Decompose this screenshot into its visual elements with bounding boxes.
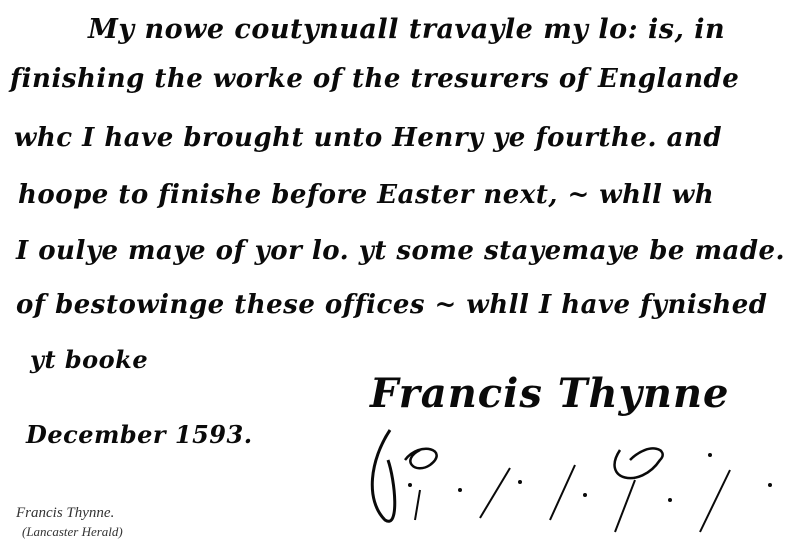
letter-line-6: of bestowinge these offices ~ whll I hav… (16, 290, 768, 320)
letter-date: December 1593. (26, 420, 253, 449)
letter-line-5: I oulye maye of yor lo. yt some stayemay… (16, 236, 785, 266)
letter-page: My nowe coutynuall travayle my lo: is, i… (0, 0, 800, 556)
signature: Francis Thynne (370, 370, 729, 417)
letter-line-3: whc I have brought unto Henry ye fourthe… (14, 123, 722, 153)
letter-line-2: finishing the worke of the tresurers of … (10, 64, 739, 94)
signature-flourish-icon (360, 420, 780, 540)
letter-line-7: yt booke (30, 345, 148, 374)
letter-line-1: My nowe coutynuall travayle my lo: is, i… (88, 14, 725, 45)
letter-line-4: hoope to finishe before Easter next, ~ w… (18, 180, 714, 210)
caption-name: Francis Thynne. (16, 505, 114, 522)
caption-title: (Lancaster Herald) (22, 524, 123, 540)
